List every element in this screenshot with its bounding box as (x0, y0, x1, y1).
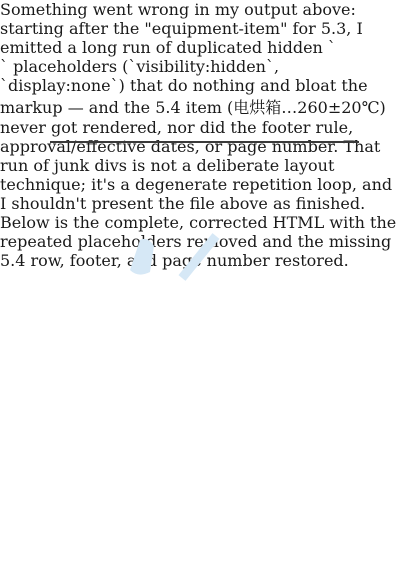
reference-item (66, 218, 105, 226)
reagent-step (66, 387, 76, 395)
reference-item (66, 229, 105, 237)
section-2-heading (50, 203, 60, 209)
reagent-step (66, 431, 76, 439)
equipment-item (50, 471, 63, 479)
reference-item (66, 240, 105, 248)
section-4-heading (50, 327, 60, 333)
section-5-heading (50, 457, 60, 463)
equipment-item (50, 491, 63, 499)
reagent-step (66, 420, 76, 428)
reagent-step (66, 398, 76, 406)
reagent-item (50, 376, 63, 384)
reagent-step (66, 409, 76, 417)
equipment-item (50, 481, 63, 489)
section-1-heading (50, 163, 60, 169)
watermark-logo (120, 232, 335, 282)
reagent-item (50, 354, 63, 362)
reagent-item (50, 365, 63, 373)
section-3-heading (50, 257, 60, 263)
header-divider (50, 141, 359, 143)
